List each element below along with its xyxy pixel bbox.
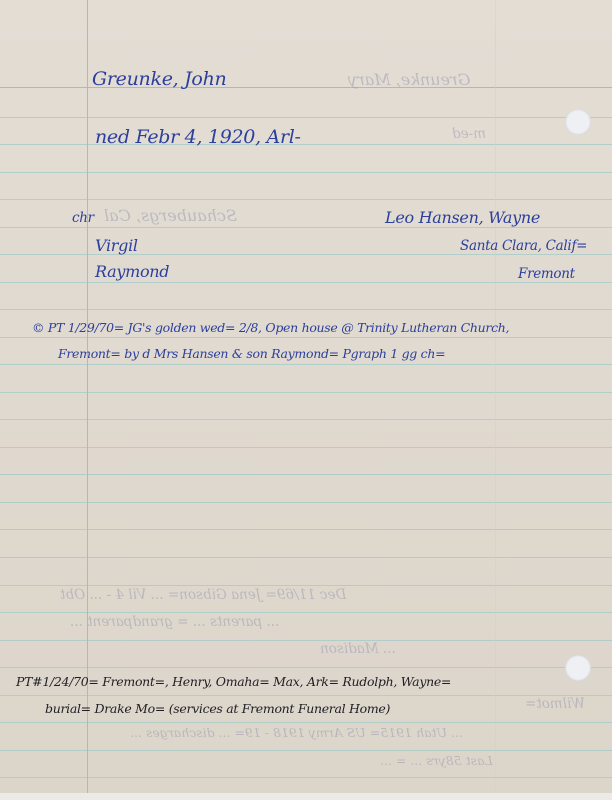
child-entry-location: Fremont [518, 268, 575, 282]
ruled-line [0, 474, 612, 475]
ruled-line [0, 172, 612, 173]
ruled-line [0, 585, 612, 586]
ruled-line [0, 227, 612, 228]
ruled-line [0, 337, 612, 338]
note-obituary-line1: PT#1/24/70= Fremont=, Henry, Omaha= Max,… [16, 676, 451, 689]
note-golden-wedding-line1: © PT 1/29/70= JG's golden wed= 2/8, Open… [32, 322, 509, 335]
faint-vertical-line [495, 0, 496, 800]
ruled-line [0, 557, 612, 558]
subject-name: Greunke, John [92, 70, 226, 89]
ruled-line [0, 309, 612, 310]
ruled-line [0, 750, 612, 751]
ruled-line [0, 667, 612, 668]
ruled-line [0, 722, 612, 723]
bleed-through-text: Schaubergs, Cal [104, 208, 237, 224]
child-entry: Leo Hansen, Wayne [385, 210, 540, 226]
ruled-line [0, 144, 612, 145]
ruled-line [0, 777, 612, 778]
ruled-line [0, 282, 612, 283]
bleed-through-text: ... Utah 1915= US Army 1918 - 19= ... di… [130, 727, 463, 740]
ruled-line [0, 502, 612, 503]
child-name: Virgil [95, 238, 138, 254]
ruled-line [0, 695, 612, 696]
child-entry-location: Santa Clara, Calif= [460, 240, 587, 254]
bleed-through-text: Dec 11/69= Jena Gibson= ... Vil 4 - ... … [60, 589, 346, 603]
hole-punch-top [565, 109, 591, 135]
note-golden-wedding-line2: Fremont= by d Mrs Hansen & son Raymond= … [58, 348, 445, 361]
ruled-line [0, 199, 612, 200]
ruled-line [0, 392, 612, 393]
ruled-line [0, 364, 612, 365]
bleed-through-text: ... Madison [320, 643, 396, 657]
ruled-line [0, 447, 612, 448]
ruled-line [0, 419, 612, 420]
bleed-through-text: Last 58yrs ... = ... [380, 755, 493, 768]
ruled-line [0, 612, 612, 613]
bleed-through-text: ... parents ... = grandparent ... [70, 616, 279, 630]
bleed-through-text: m-ed [452, 128, 486, 142]
ruled-line [0, 117, 612, 118]
document-page: Greunke, Mary m-ed Schaubergs, Cal Dec 1… [0, 0, 612, 800]
scan-edge [0, 793, 612, 800]
hole-punch-bottom [565, 655, 591, 681]
marriage-line: ned Febr 4, 1920, Arl- [95, 128, 301, 147]
ruled-line [0, 529, 612, 530]
ruled-line [0, 254, 612, 255]
child-name: Raymond [95, 264, 169, 280]
children-label: chr [72, 212, 94, 226]
ruled-line [0, 640, 612, 641]
note-obituary-line2: burial= Drake Mo= (services at Fremont F… [45, 703, 390, 716]
bleed-through-text: Greunke, Mary [348, 72, 470, 88]
bleed-through-text: Wilmot= [525, 698, 585, 712]
